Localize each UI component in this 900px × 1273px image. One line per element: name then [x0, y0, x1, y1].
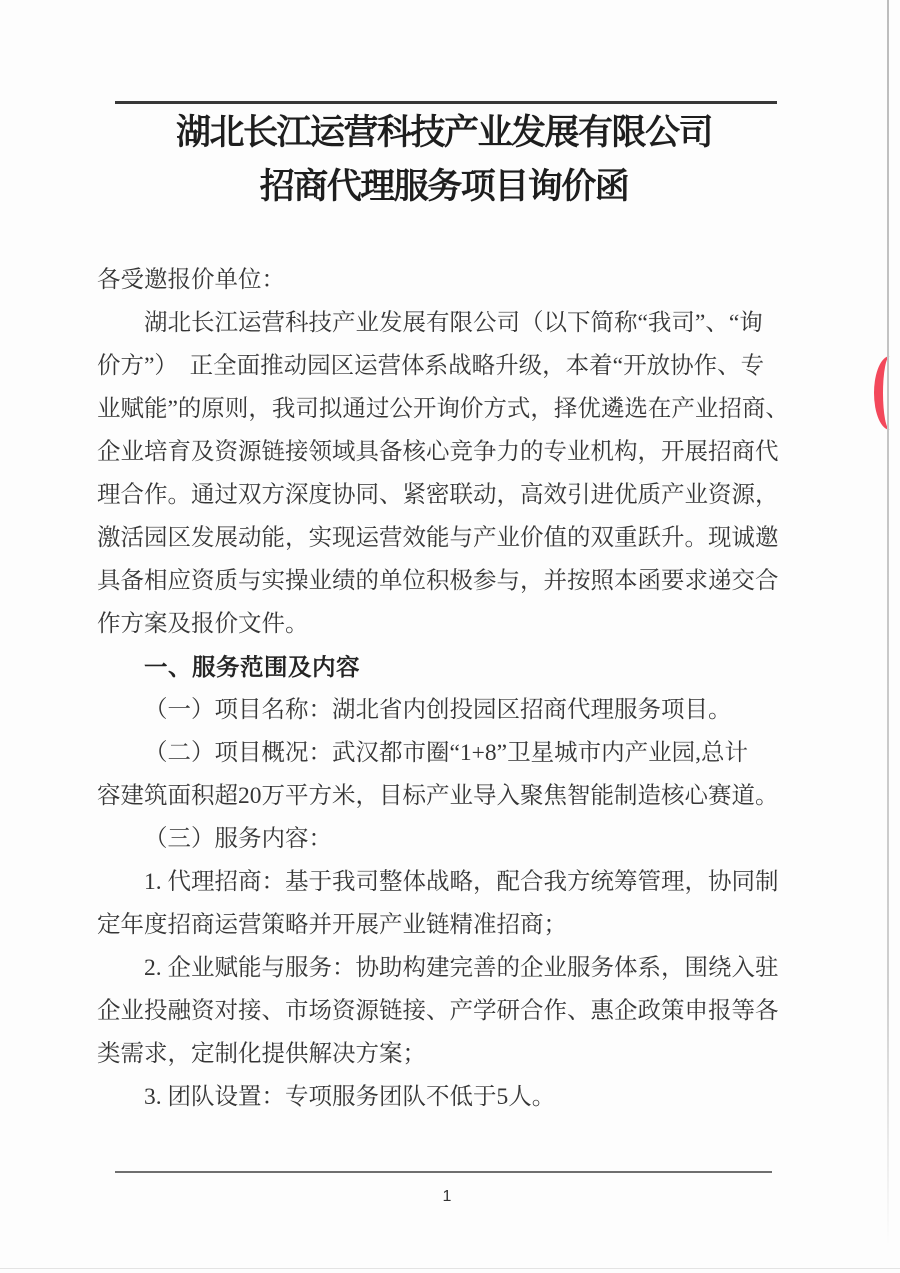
- body-line: 容建筑面积超20万平方米，目标产业导入聚焦智能制造核心赛道。: [97, 775, 804, 818]
- body-line: 一、服务范围及内容: [97, 646, 851, 689]
- body-line: 具备相应资质与实操业绩的单位积极参与，并按照本函要求递交合: [97, 560, 804, 603]
- body-line: 类需求，定制化提供解决方案；: [97, 1033, 804, 1076]
- body-line: （一）项目名称：湖北省内创投园区招商代理服务项目。: [97, 689, 851, 732]
- body-line: （三）服务内容：: [97, 818, 851, 861]
- document-title-line2: 招商代理服务项目询价函: [40, 162, 848, 212]
- body-line: 价方”） 正全面推动园区运营体系战略升级，本着“开放协作、专: [97, 345, 804, 388]
- body-line: （二）项目概况：武汉都市圈“1+8”卫星城市内产业园,总计: [97, 732, 851, 775]
- body-line: 业赋能”的原则，我司拟通过公开询价方式，择优遴选在产业招商、: [97, 388, 804, 431]
- body-line: 企业投融资对接、市场资源链接、产学研合作、惠企政策申报等各: [97, 990, 804, 1033]
- page-scan-right-edge: [887, 0, 889, 1245]
- body-line: 3. 团队设置：专项服务团队不低于5人。: [97, 1076, 851, 1119]
- body-line: 定年度招商运营策略并开展产业链精准招商；: [97, 904, 804, 947]
- body-line: 湖北长江运营科技产业发展有限公司（以下简称“我司”、“询: [97, 302, 851, 345]
- page-number: 1: [0, 1186, 894, 1208]
- body-line: 1. 代理招商：基于我司整体战略，配合我方统筹管理，协同制: [97, 861, 851, 904]
- document-page: 湖北长江运营科技产业发展有限公司 招商代理服务项目询价函 各受邀报价单位：湖北长…: [0, 0, 900, 1273]
- document-title: 湖北长江运营科技产业发展有限公司 招商代理服务项目询价函: [40, 108, 848, 212]
- title-divider-rule: [115, 101, 777, 104]
- footer-divider-rule: [115, 1171, 772, 1173]
- body-line: 2. 企业赋能与服务：协助构建完善的企业服务体系，围绕入驻: [97, 947, 851, 990]
- page-scan-bottom-edge: [0, 1268, 900, 1269]
- body-line: 作方案及报价文件。: [97, 603, 804, 646]
- document-title-line1: 湖北长江运营科技产业发展有限公司: [40, 108, 848, 158]
- body-line: 各受邀报价单位：: [97, 259, 804, 302]
- body-line: 激活园区发展动能，实现运营效能与产业价值的双重跃升。现诚邀: [97, 517, 804, 560]
- body-text: 各受邀报价单位：湖北长江运营科技产业发展有限公司（以下简称“我司”、“询价方”）…: [97, 259, 804, 1129]
- body-line: 企业培育及资源链接领域具备核心竞争力的专业机构，开展招商代: [97, 431, 804, 474]
- body-line: 理合作。通过双方深度协同、紧密联动，高效引进优质产业资源，: [97, 474, 804, 517]
